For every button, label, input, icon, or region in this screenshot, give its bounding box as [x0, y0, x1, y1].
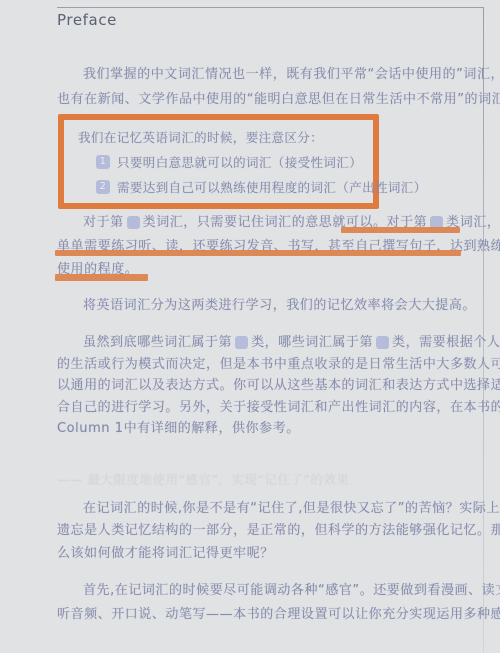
number-1-badge: 1 [127, 216, 140, 229]
highlight-underline [55, 250, 461, 256]
list-item-label: 只要明白意思就可以的词汇（接受性词汇） [117, 153, 362, 171]
paragraph-line: 我们掌握的中文词汇情况也一样，既有我们平常“会话中使用的”词汇， [57, 62, 467, 87]
paragraph-line: Column 1中有详细的解释，供你参考。 [57, 418, 467, 440]
paragraph-forgetting: 在记词汇的时候,你是不是有“记住了,但是很快又忘了”的苦恼？实际上， 遗忘是人类… [57, 498, 467, 565]
paragraph-line: 的生活或行为模式而决定，但是本书中重点收录的是日常生活中大多数人可 [57, 354, 467, 376]
paragraph-efficiency: 将英语词汇分为这两类进行学习，我们的记忆效率将会大大提高。 [57, 294, 467, 317]
highlight-box: 我们在记忆英语词汇的时候，要注意区分： 1 只要明白意思就可以的词汇（接受性词汇… [58, 114, 379, 209]
paragraph-line: 首先,在记词汇的时候要尽可能调动各种“感官”。还要做到看漫画、读文字、 [57, 579, 467, 603]
list-item: 2 需要达到自己可以熟练使用程度的词汇（产出性词汇） [96, 178, 367, 196]
paragraph-two-types: 对于第1类词汇，只需要记住词汇的意思就可以。对于第2类词汇，不 单单需要练习听、… [57, 211, 467, 282]
paragraph-line: 在记词汇的时候,你是不是有“记住了,但是很快又忘了”的苦恼？实际上， [57, 498, 467, 520]
number-2-badge: 2 [96, 180, 110, 194]
paragraph-line: 也有在新闻、文学作品中使用的“能明白意思但在日常生活中不常用”的词汇。 [57, 87, 467, 112]
paragraph-categories: 虽然到底哪些词汇属于第1类，哪些词汇属于第2类，需要根据个人 的生活或行为模式而… [57, 332, 467, 440]
paragraph-line: 以通用的词汇以及表达方式。你可以从这些基本的词汇和表达方式中选择适 [57, 375, 467, 397]
list-item: 1 只要明白意思就可以的词汇（接受性词汇） [96, 153, 367, 171]
faint-section-heading: —— 最大限度地使用“感官”，实现“记住了”的效果 [57, 470, 467, 488]
paragraph-line: 将英语词汇分为这两类进行学习，我们的记忆效率将会大大提高。 [57, 294, 467, 317]
highlight-underline [55, 274, 148, 281]
list-item-label: 需要达到自己可以熟练使用程度的词汇（产出性词汇） [117, 178, 427, 196]
paragraph-senses: 首先,在记词汇的时候要尽可能调动各种“感官”。还要做到看漫画、读文字、 听音频、… [57, 579, 467, 627]
paragraph-intro: 我们掌握的中文词汇情况也一样，既有我们平常“会话中使用的”词汇， 也有在新闻、文… [57, 62, 467, 112]
number-2-badge: 2 [376, 336, 389, 349]
paragraph-line: 遗忘是人类记忆结构的一部分，是正常的，但科学的方法能够强化记忆。那 [57, 520, 467, 542]
highlight-box-intro: 我们在记忆英语词汇的时候，要注意区分： [78, 128, 367, 146]
highlight-underline [341, 227, 460, 233]
paragraph-line: 听音频、开口说、动笔写——本书的合理设置可以让你充分实现运用多种感 [57, 603, 467, 627]
paragraph-line: 么该如何做才能将词汇记得更牢呢？ [57, 543, 467, 565]
paragraph-line: 虽然到底哪些词汇属于第1类，哪些词汇属于第2类，需要根据个人 [57, 332, 467, 354]
book-page: Preface 我们掌握的中文词汇情况也一样，既有我们平常“会话中使用的”词汇，… [0, 0, 500, 653]
page-title: Preface [57, 11, 117, 29]
number-1-badge: 1 [235, 336, 248, 349]
paragraph-line: 合自己的进行学习。另外，关于接受性词汇和产出性词汇的内容，在本书的 [57, 397, 467, 419]
header-divider [57, 7, 484, 8]
number-1-badge: 1 [96, 155, 110, 169]
